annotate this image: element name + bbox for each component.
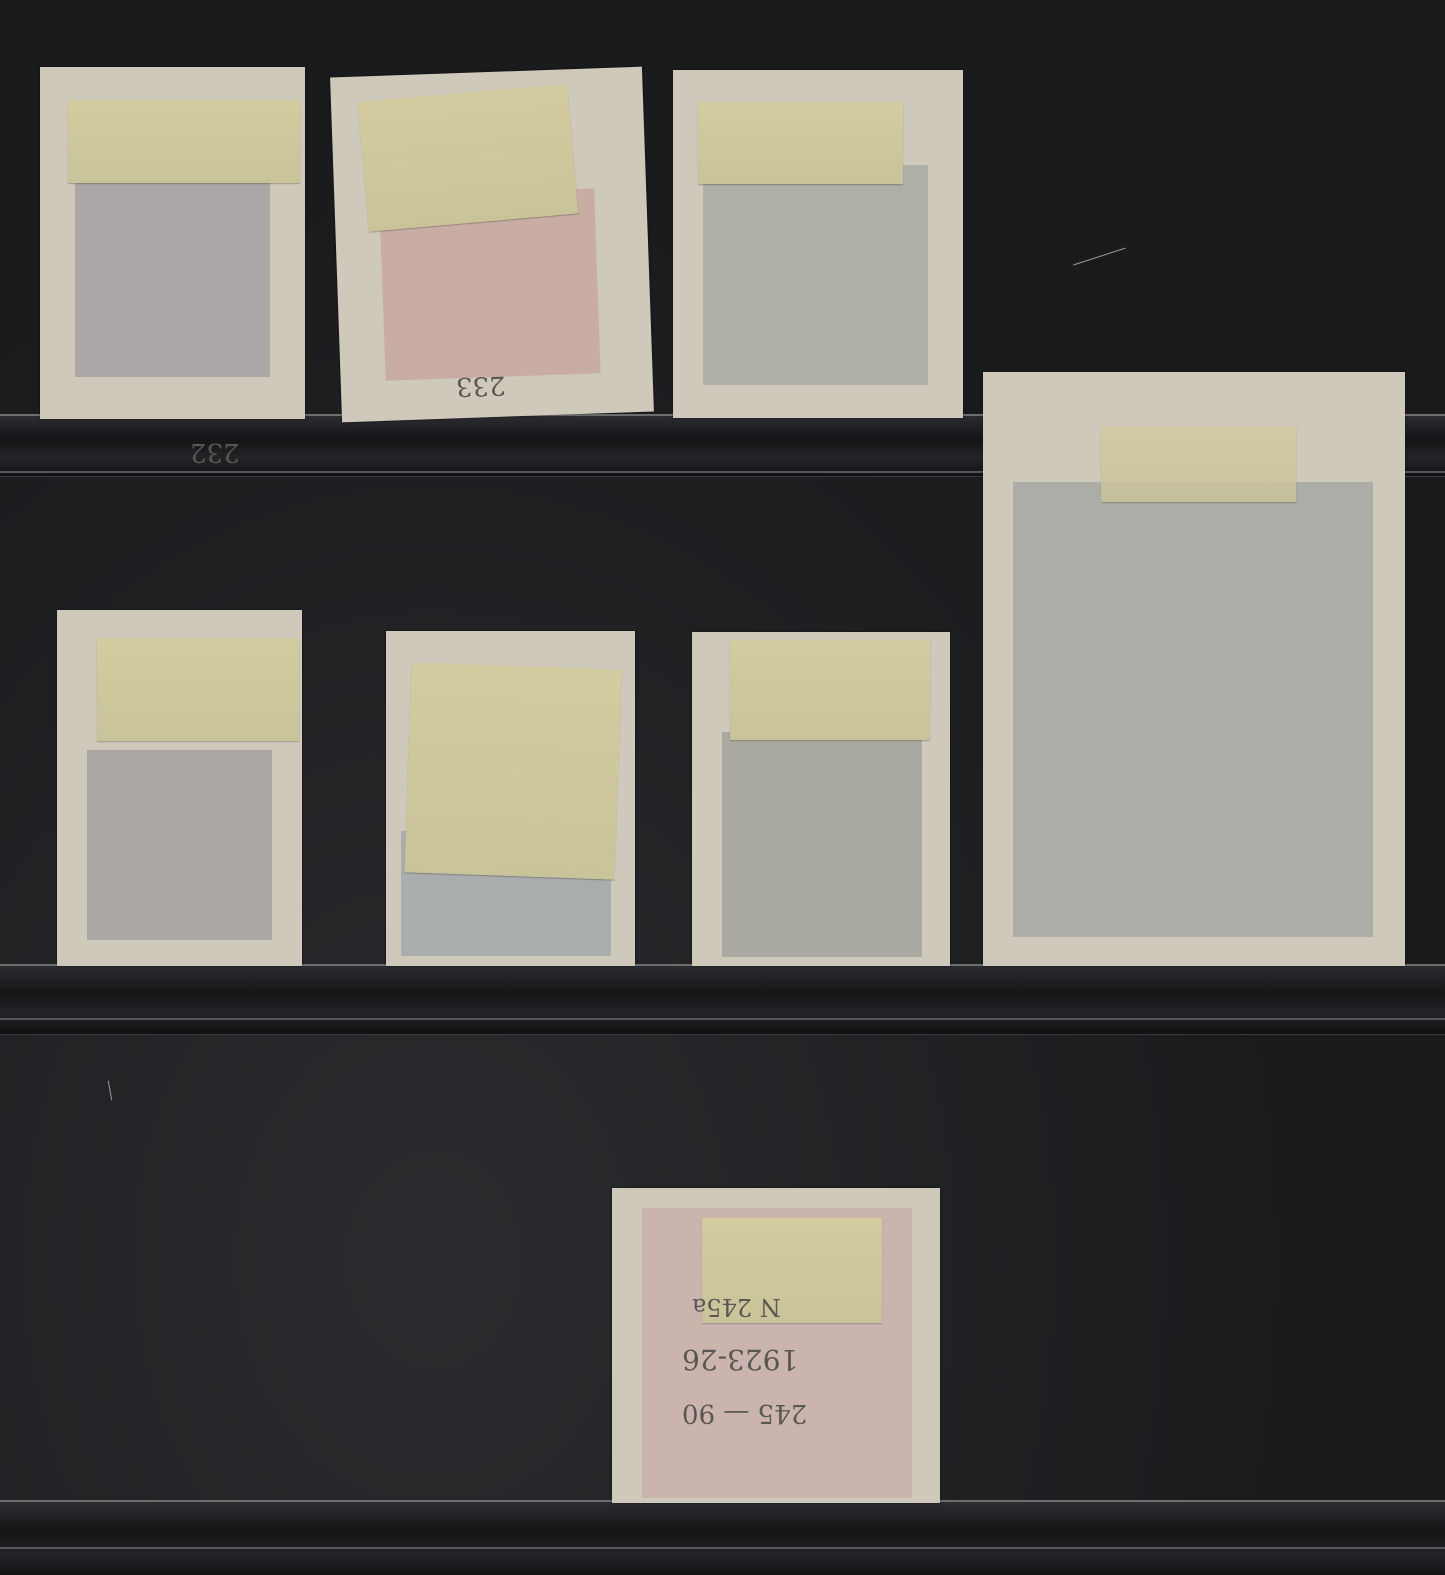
stamp-hinge: [1101, 427, 1296, 502]
stamp-design-showthrough: [703, 165, 928, 385]
handwritten-note-line: 245 — 90: [682, 1398, 807, 1428]
handwritten-note-line: 1923-26: [682, 1343, 798, 1376]
stamp-back: N 245a 1923-26 245 — 90: [612, 1188, 940, 1503]
stamp-back: [57, 610, 302, 966]
catalogue-number: 232: [190, 437, 240, 467]
stamp-back: 233: [330, 67, 654, 423]
stamp-hinge: [68, 100, 300, 183]
stamp-design-showthrough: [722, 732, 922, 957]
stock-page: 232 233 N 245a 1923-26 245 — 90: [0, 0, 1445, 1575]
scratch-mark: [108, 1081, 112, 1101]
handwritten-note-line: N 245a: [692, 1293, 781, 1321]
stamp-hinge: [404, 662, 621, 879]
stamp-back: [673, 70, 963, 418]
stamp-back: [386, 631, 635, 966]
scratch-mark: [1073, 248, 1126, 266]
stamp-back-large: [983, 372, 1405, 966]
stamp-design-showthrough: [75, 177, 270, 377]
stamp-hinge: [698, 102, 903, 184]
stock-strip-3: [0, 1500, 1445, 1575]
stamp-back: 232: [40, 67, 305, 419]
catalogue-number: 233: [455, 370, 506, 402]
stamp-hinge: [97, 638, 299, 741]
stamp-hinge: [358, 84, 579, 232]
stamp-design-showthrough: [1013, 482, 1373, 937]
stamp-back: [692, 632, 950, 966]
stamp-hinge: [730, 640, 930, 740]
stock-strip-2: [0, 964, 1445, 1035]
stamp-design-showthrough: [87, 750, 272, 940]
